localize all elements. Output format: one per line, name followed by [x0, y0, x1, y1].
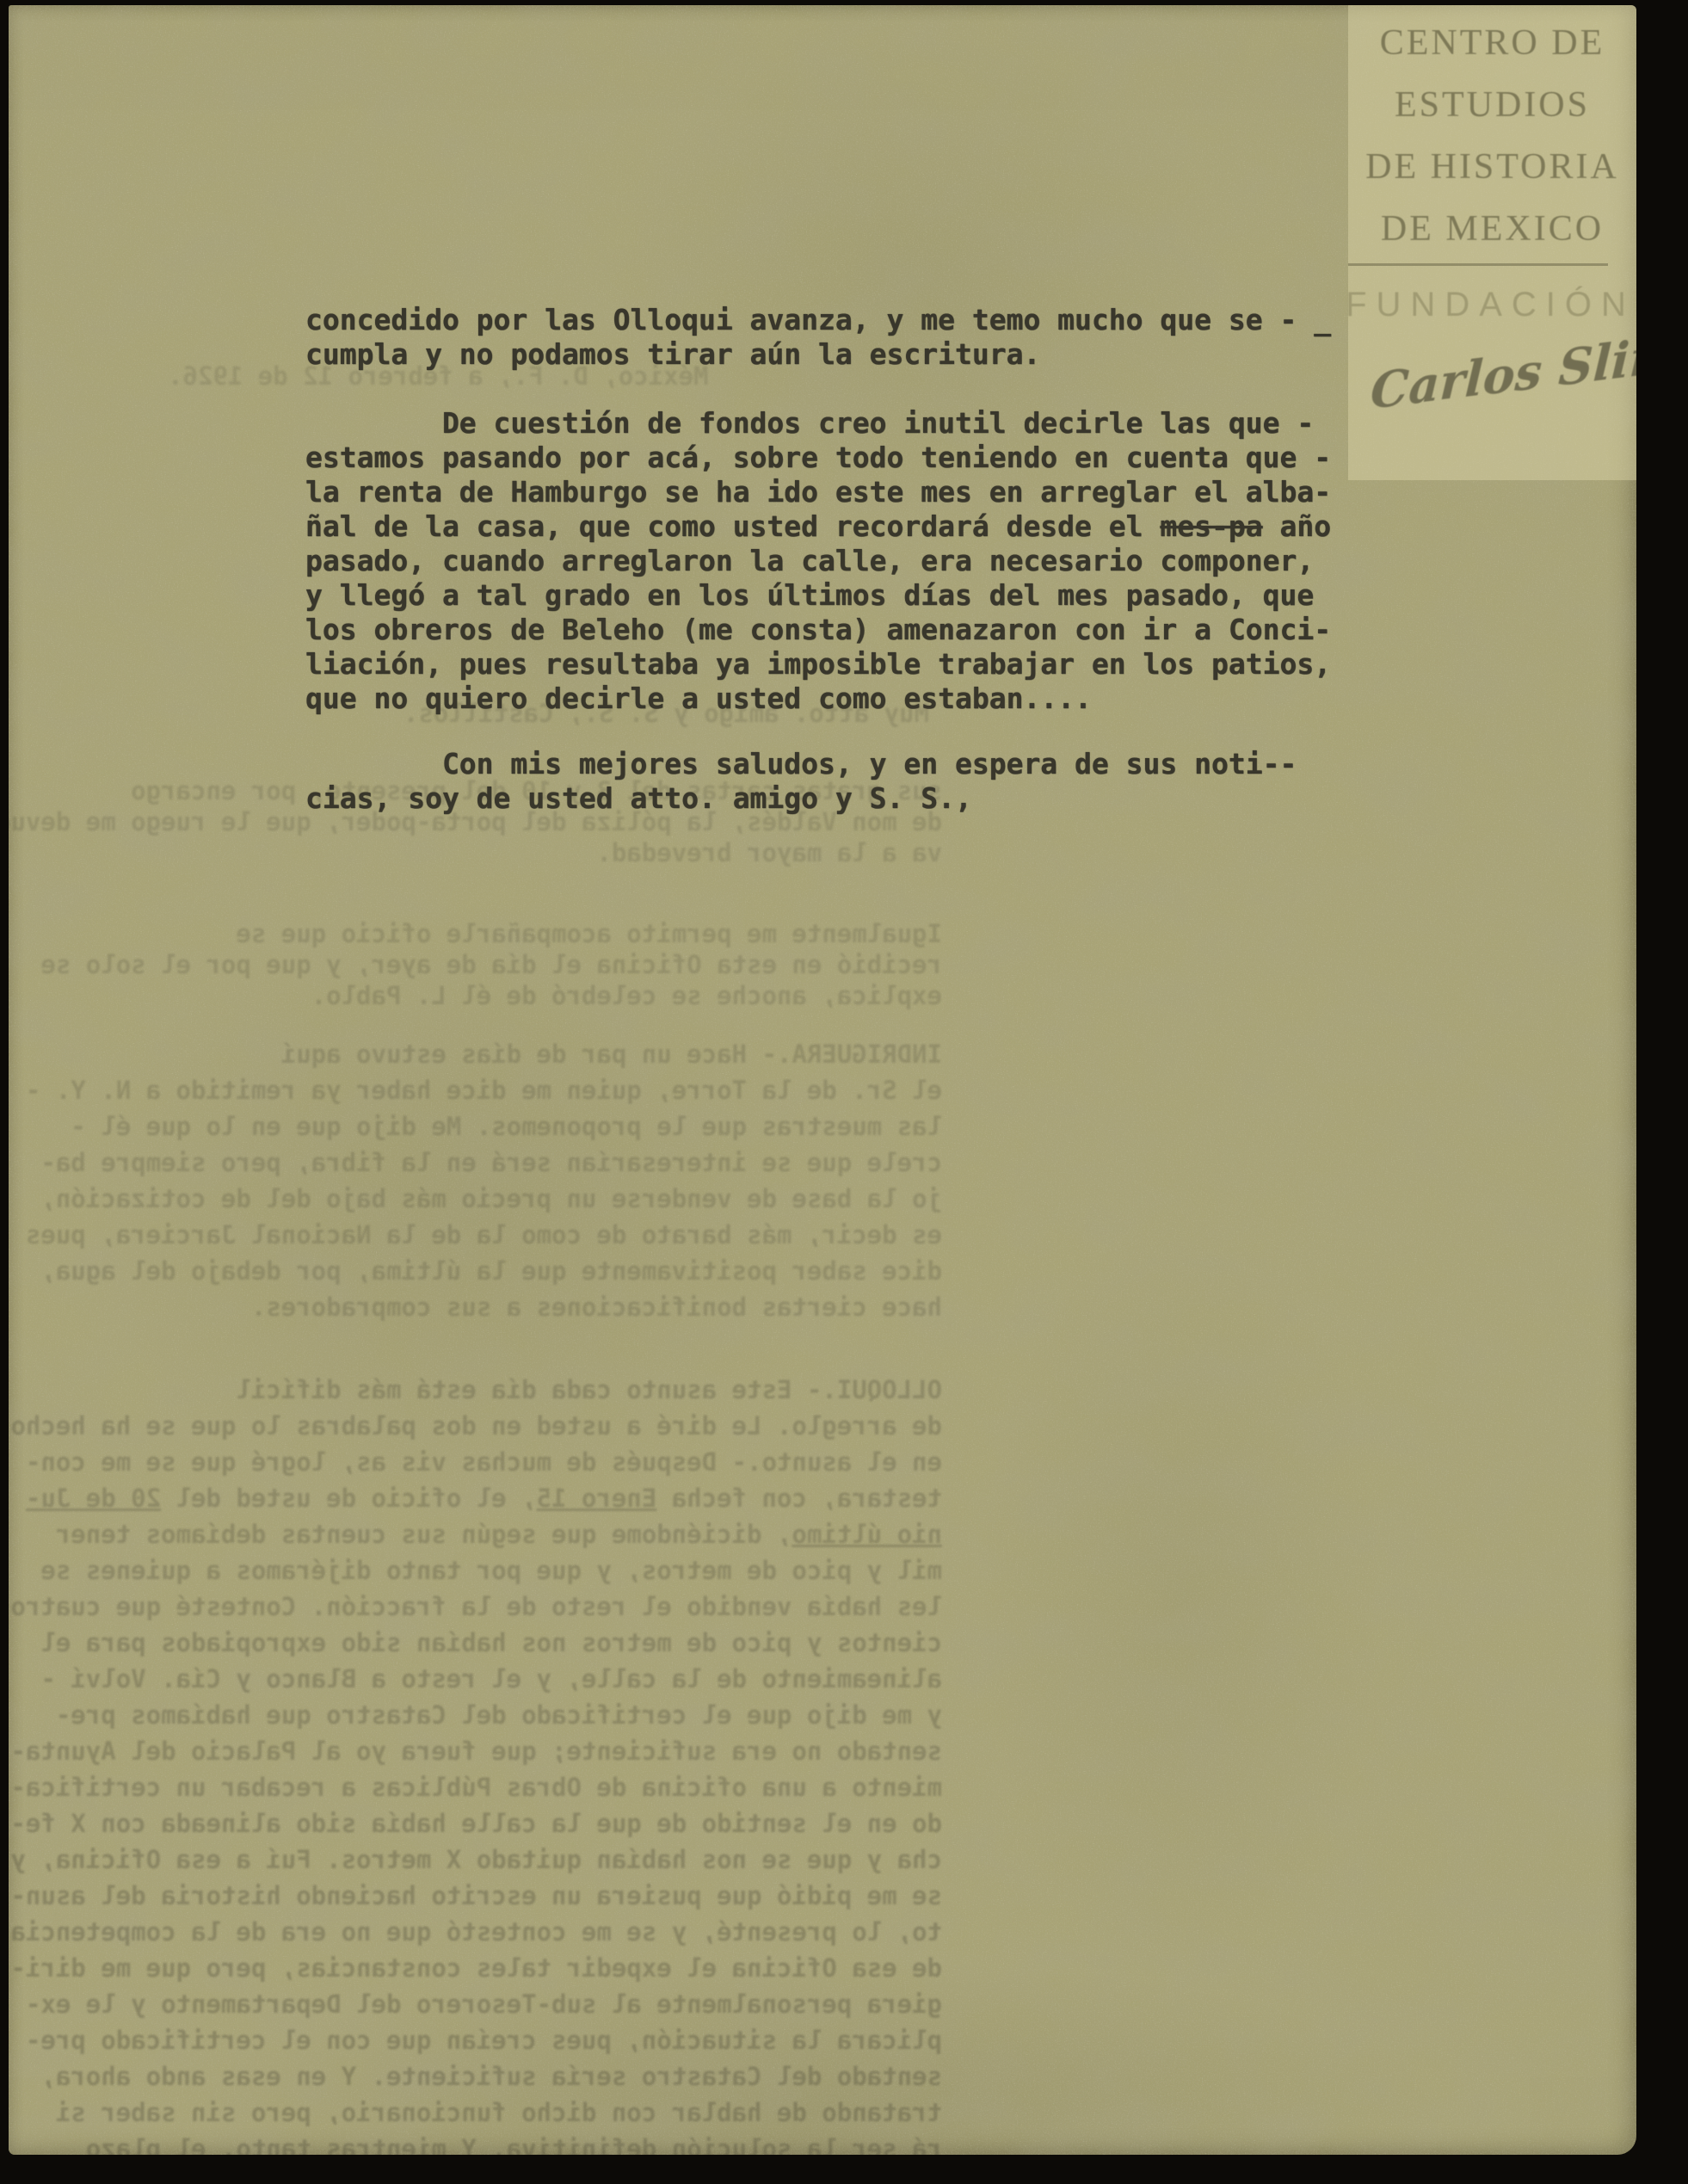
text-segment: , el oficio de usted del: [161, 1484, 537, 1513]
typed-line: Con mis mejores saludos, y en espera de …: [305, 747, 1297, 781]
stamp-text-line: CENTRO DE: [1348, 12, 1636, 74]
bleedthrough-line: el Sr. de la Torre, quien me dice haber …: [26, 1076, 942, 1107]
bleedthrough-text: crele que se interesarían será en la fib…: [26, 1148, 942, 1177]
bleedthrough-line: Igualmente me permito acompañarle oficio…: [129, 919, 942, 950]
bleedthrough-line: cha y que se nos habían quitado X metros…: [26, 1845, 942, 1876]
bleedthrough-line: explica, anoche se celebró de él L. Pabl…: [26, 981, 942, 1012]
bleedthrough-text: to, lo presenté, y se me contestó que no…: [26, 1917, 942, 1946]
text-segment: año: [1263, 509, 1331, 543]
bleedthrough-text: les había vendido el resto de la fracció…: [26, 1592, 942, 1621]
bleedthrough-text: OLLOQUI.- Este asunto cada día está más …: [26, 1375, 942, 1404]
bleedthrough-line: va a la mayor brevedad.: [602, 838, 942, 869]
bleedthrough-line: to, lo presenté, y se me contestó que no…: [26, 1917, 942, 1948]
bleedthrough-line: en el asunto.- Después de muchas vis as,…: [26, 1447, 942, 1478]
bleedthrough-text: se me pidió que pusiera un escrito hacie…: [26, 1881, 942, 1910]
bleedthrough-line: plicara la situación, pues creían que co…: [26, 2026, 942, 2057]
bleedthrough-text: plicara la situación, pues creían que co…: [26, 2026, 942, 2055]
bleedthrough-text: sentado del Catastro sería suficiente. Y…: [26, 2062, 942, 2091]
bleedthrough-text: dice saber positivamente que la última, …: [26, 1256, 942, 1286]
letter-paragraph-2: De cuestión de fondos creo inutil decirl…: [305, 406, 1331, 716]
underlined-text: Enero 15: [537, 1484, 657, 1513]
stamp-institution-name: CENTRO DEESTUDIOSDE HISTORIADE MEXICO: [1348, 12, 1636, 260]
typed-line: y llegó a tal grado en los últimos días …: [305, 578, 1331, 613]
struck-text: mes-pa: [1160, 509, 1262, 543]
bleedthrough-line: testara, con fecha Enero 15, el oficio d…: [26, 1484, 942, 1515]
bleedthrough-line: nio último, diciéndome que según sus cue…: [26, 1520, 942, 1551]
typed-line: concedido por las Olloqui avanza, y me t…: [305, 303, 1331, 337]
bleedthrough-line: cientos y pico de metros nos habían sido…: [26, 1628, 942, 1659]
bleedthrough-line: jo la base de venderse un precio más baj…: [26, 1184, 942, 1215]
bleedthrough-text: va a la mayor brevedad.: [602, 838, 942, 867]
bleedthrough-text: cientos y pico de metros nos habían sido…: [26, 1628, 942, 1657]
bleedthrough-text: tratando de hablar con dicho funcionario…: [26, 2098, 942, 2127]
bleedthrough-text: INDRIGUERA.- Hace un par de días estuvo …: [26, 1040, 942, 1069]
typed-line: que no quiero decirle a usted como estab…: [305, 682, 1331, 716]
bleedthrough-text: cha y que se nos habían quitado X metros…: [26, 1845, 942, 1874]
typed-line: ñal de la casa, que como usted recordará…: [305, 509, 1331, 544]
typed-line: De cuestión de fondos creo inutil decirl…: [305, 406, 1331, 441]
bleedthrough-text: sentado no era suficiente; que fuera yo …: [26, 1737, 942, 1766]
letter-paper: CENTRO DEESTUDIOSDE HISTORIADE MEXICO FU…: [9, 5, 1636, 2155]
bleedthrough-text: alineamiento de la calle, y el resto a B…: [26, 1664, 942, 1694]
stamp-foundation-label: FUNDACIÓN: [1342, 286, 1636, 324]
bleedthrough-line: mil y pico de metros, y que por tanto di…: [26, 1556, 942, 1587]
text-segment: , diciéndome que según sus cuentas debía…: [56, 1520, 792, 1549]
bleedthrough-text: jo la base de venderse un precio más baj…: [26, 1184, 942, 1213]
bleedthrough-line: las muestras que le proponemos. Me dijo …: [26, 1112, 942, 1143]
bleedthrough-line: es decir, más barato de como la de la Na…: [26, 1220, 942, 1251]
typed-line: la renta de Hamburgo se ha ido este mes …: [305, 475, 1331, 509]
bleedthrough-text: giera personalmente al sub-Tesorero del …: [26, 1990, 942, 2019]
bleedthrough-text: mil y pico de metros, y que por tanto di…: [26, 1556, 942, 1585]
bleedthrough-line: de esa Oficina el expedir tales constanc…: [26, 1953, 942, 1984]
typed-line: estamos pasando por acá, sobre todo teni…: [305, 441, 1331, 475]
text-segment: ñal de la casa, que como usted recordará…: [305, 509, 1160, 543]
bleedthrough-text: miento a una oficina de Obras Públicas a…: [26, 1773, 942, 1802]
bleedthrough-line: INDRIGUERA.- Hace un par de días estuvo …: [26, 1040, 942, 1070]
bleedthrough-line: se me pidió que pusiera un escrito hacie…: [26, 1881, 942, 1912]
bleedthrough-line: rá ser la solución definitiva. Y mientra…: [26, 2134, 942, 2155]
stamp-text-line: DE MEXICO: [1348, 198, 1636, 260]
bleedthrough-line: miento a una oficina de Obras Públicas a…: [26, 1773, 942, 1804]
bleedthrough-line: dice saber positivamente que la última, …: [26, 1256, 942, 1287]
bleedthrough-line: recibió en esta Oficina el día de ayer, …: [26, 950, 942, 981]
underlined-text: nio último: [792, 1520, 942, 1549]
bleedthrough-line: OLLOQUI.- Este asunto cada día está más …: [26, 1375, 942, 1406]
typed-line: cumpla y no podamos tirar aún la escritu…: [305, 337, 1331, 372]
bleedthrough-text: en el asunto.- Después de muchas vis as,…: [26, 1447, 942, 1477]
stamp-text-line: DE HISTORIA: [1348, 136, 1636, 198]
stamp-divider-rule: [1348, 263, 1608, 266]
bleedthrough-line: sentado del Catastro sería suficiente. Y…: [26, 2062, 942, 2093]
bleedthrough-text: Igualmente me permito acompañarle oficio…: [129, 919, 942, 948]
bleedthrough-text: hace ciertas bonificaciones a sus compra…: [26, 1293, 942, 1322]
bleedthrough-line: alineamiento de la calle, y el resto a B…: [26, 1664, 942, 1695]
bleedthrough-text: de arreglo. Le diré a usted en dos palab…: [26, 1411, 942, 1441]
typed-line: pasado, cuando arreglaron la calle, era …: [305, 544, 1331, 578]
bleedthrough-text: nio último, diciéndome que según sus cue…: [26, 1520, 942, 1549]
text-segment: testara, con fecha: [656, 1484, 942, 1513]
bleedthrough-text: do en el sentido de que la calle había s…: [26, 1809, 942, 1838]
bleedthrough-text: de esa Oficina el expedir tales constanc…: [26, 1953, 942, 1983]
scanned-letter-page: { "colors": { "paper": "#a8a375", "ink":…: [0, 0, 1688, 2184]
bleedthrough-line: y me dijo que el certificado del Catastr…: [26, 1700, 942, 1731]
typed-line: cias, soy de usted atto. amigo y S. S.,: [305, 781, 1297, 816]
bleedthrough-line: de arreglo. Le diré a usted en dos palab…: [26, 1411, 942, 1442]
bleedthrough-line: sentado no era suficiente; que fuera yo …: [26, 1737, 942, 1768]
bleedthrough-line: tratando de hablar con dicho funcionario…: [26, 2098, 942, 2129]
bleedthrough-text: y me dijo que el certificado del Catastr…: [26, 1700, 942, 1730]
letter-closing-paragraph: Con mis mejores saludos, y en espera de …: [305, 747, 1297, 816]
bleedthrough-line: les había vendido el resto de la fracció…: [26, 1592, 942, 1623]
bleedthrough-text: es decir, más barato de como la de la Na…: [26, 1220, 942, 1249]
typed-line: los obreros de Beleho (me consta) amenaz…: [305, 613, 1331, 647]
bleedthrough-line: crele que se interesarían será en la fib…: [26, 1148, 942, 1179]
bleedthrough-line: do en el sentido de que la calle había s…: [26, 1809, 942, 1840]
bleedthrough-line: giera personalmente al sub-Tesorero del …: [26, 1990, 942, 2021]
bleedthrough-text: testara, con fecha Enero 15, el oficio d…: [26, 1484, 942, 1513]
underlined-text: 20 de Ju-: [26, 1484, 161, 1513]
typed-line: liación, pues resultaba ya imposible tra…: [305, 647, 1331, 682]
bleedthrough-text: recibió en esta Oficina el día de ayer, …: [26, 950, 942, 979]
bleedthrough-text: explica, anoche se celebró de él L. Pabl…: [26, 981, 942, 1010]
bleedthrough-text: las muestras que le proponemos. Me dijo …: [26, 1112, 942, 1141]
bleedthrough-text: rá ser la solución definitiva. Y mientra…: [26, 2134, 942, 2155]
bleedthrough-text: el Sr. de la Torre, quien me dice haber …: [26, 1076, 942, 1105]
stamp-text-line: ESTUDIOS: [1348, 74, 1636, 136]
letter-paragraph-1: concedido por las Olloqui avanza, y me t…: [305, 303, 1331, 372]
bleedthrough-line: hace ciertas bonificaciones a sus compra…: [26, 1293, 942, 1323]
